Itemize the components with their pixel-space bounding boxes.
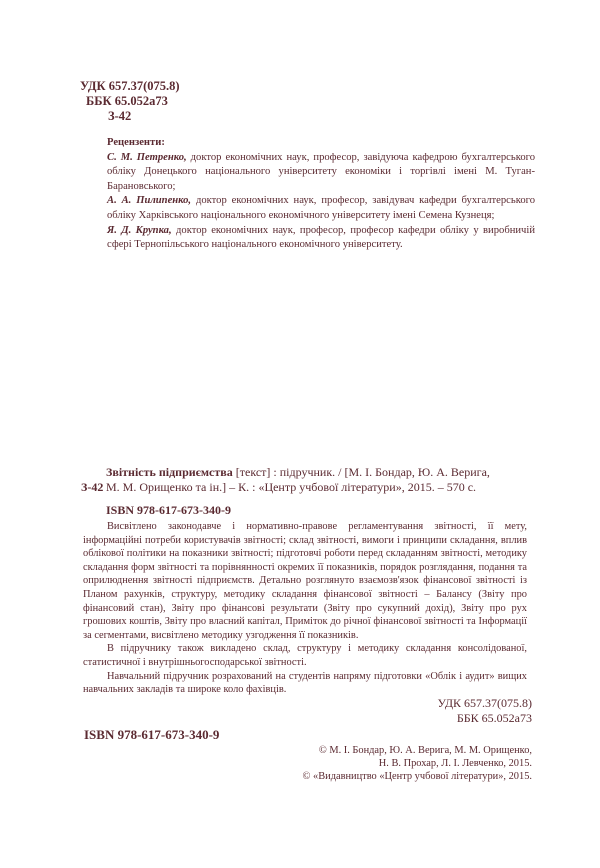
copyright-block: © М. І. Бондар, Ю. А. Верига, М. М. Орищ… [212, 744, 532, 783]
catalog-entry: Звітність підприємства [текст] : підручн… [106, 465, 546, 518]
book-title: Звітність підприємства [106, 465, 233, 479]
footer-classification-codes: УДК 657.37(075.8) ББК 65.052а73 [438, 696, 532, 726]
bbk-code: ББК 65.052а73 [80, 94, 180, 109]
reviewer-entry: А. А. Пилипенко, доктор економічних наук… [107, 194, 535, 223]
annotation-paragraph: Навчальний підручник розрахований на сту… [83, 670, 527, 697]
reviewer-entry: С. М. Петренко, доктор економічних наук,… [107, 151, 535, 195]
footer-bbk-code: ББК 65.052а73 [438, 711, 532, 726]
annotation: Висвітлено законодавче і нормативно-прав… [83, 520, 527, 697]
copyright-publisher: © «Видавництво «Центр учбової літератури… [212, 770, 532, 783]
copyright-authors-cont: Н. В. Прохар, Л. І. Левченко, 2015. [212, 757, 532, 770]
reviewers-heading: Рецензенти: [107, 136, 535, 151]
udk-code: УДК 657.37(075.8) [80, 79, 180, 94]
footer-isbn: ISBN 978-617-673-340-9 [84, 727, 219, 743]
reviewer-entry: Я. Д. Крупка, доктор економічних наук, п… [107, 224, 535, 253]
reviewer-name: Я. Д. Крупка, [107, 225, 172, 236]
catalog-mark: З-42 [81, 480, 103, 495]
book-bibliographic-info: [текст] : підручник. / [М. І. Бондар, Ю.… [233, 465, 490, 479]
catalog-isbn: ISBN 978-617-673-340-9 [106, 503, 546, 518]
annotation-paragraph: Висвітлено законодавче і нормативно-прав… [83, 520, 527, 642]
reviewer-name: С. М. Петренко, [107, 152, 187, 163]
reviewer-description: доктор економічних наук, професор, профе… [107, 225, 535, 251]
author-mark: З-42 [80, 109, 180, 124]
annotation-paragraph: В підручнику також викладено склад, стру… [83, 642, 527, 669]
book-publisher-info: М. М. Орищенко та ін.] – К. : «Центр учб… [106, 480, 546, 495]
footer-udk-code: УДК 657.37(075.8) [438, 696, 532, 711]
top-classification-codes: УДК 657.37(075.8) ББК 65.052а73 З-42 [80, 79, 180, 124]
copyright-authors: © М. І. Бондар, Ю. А. Верига, М. М. Орищ… [212, 744, 532, 757]
reviewer-name: А. А. Пилипенко, [107, 195, 191, 206]
reviewers-section: Рецензенти: С. М. Петренко, доктор еконо… [107, 136, 535, 253]
